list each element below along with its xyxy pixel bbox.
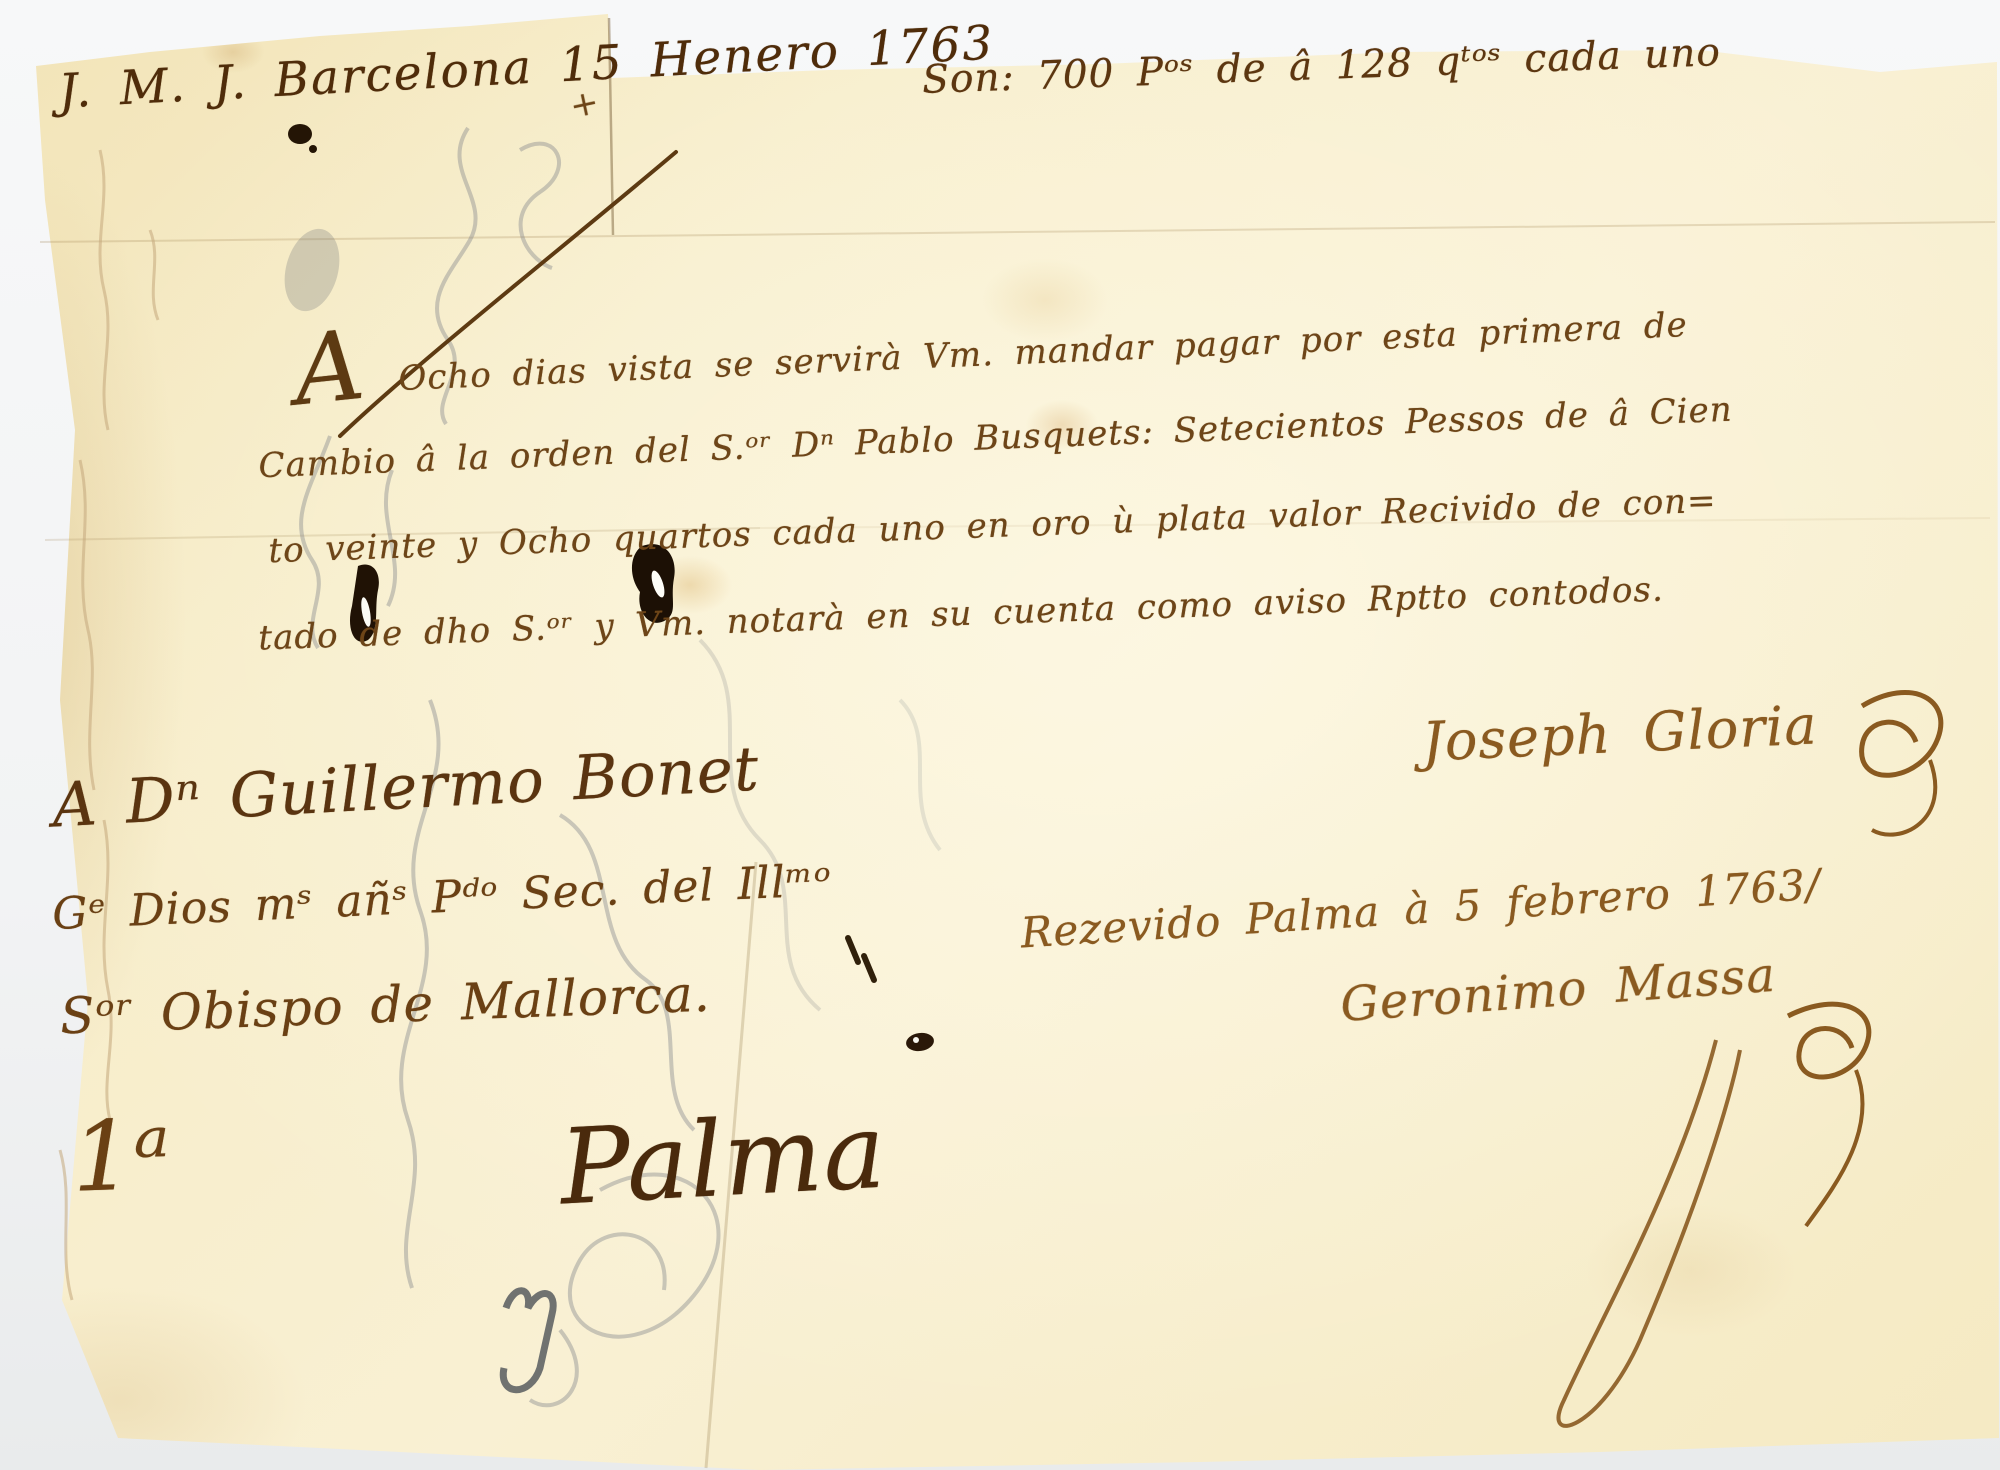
copy-number-marker: 1ᵃ	[70, 1098, 173, 1213]
destination-place: Palma	[557, 1090, 889, 1229]
scanned-letter-of-exchange: J. M. J. Barcelona 15 Henero 1763 + Son:…	[0, 0, 2000, 1470]
body-initial: A	[288, 309, 370, 428]
